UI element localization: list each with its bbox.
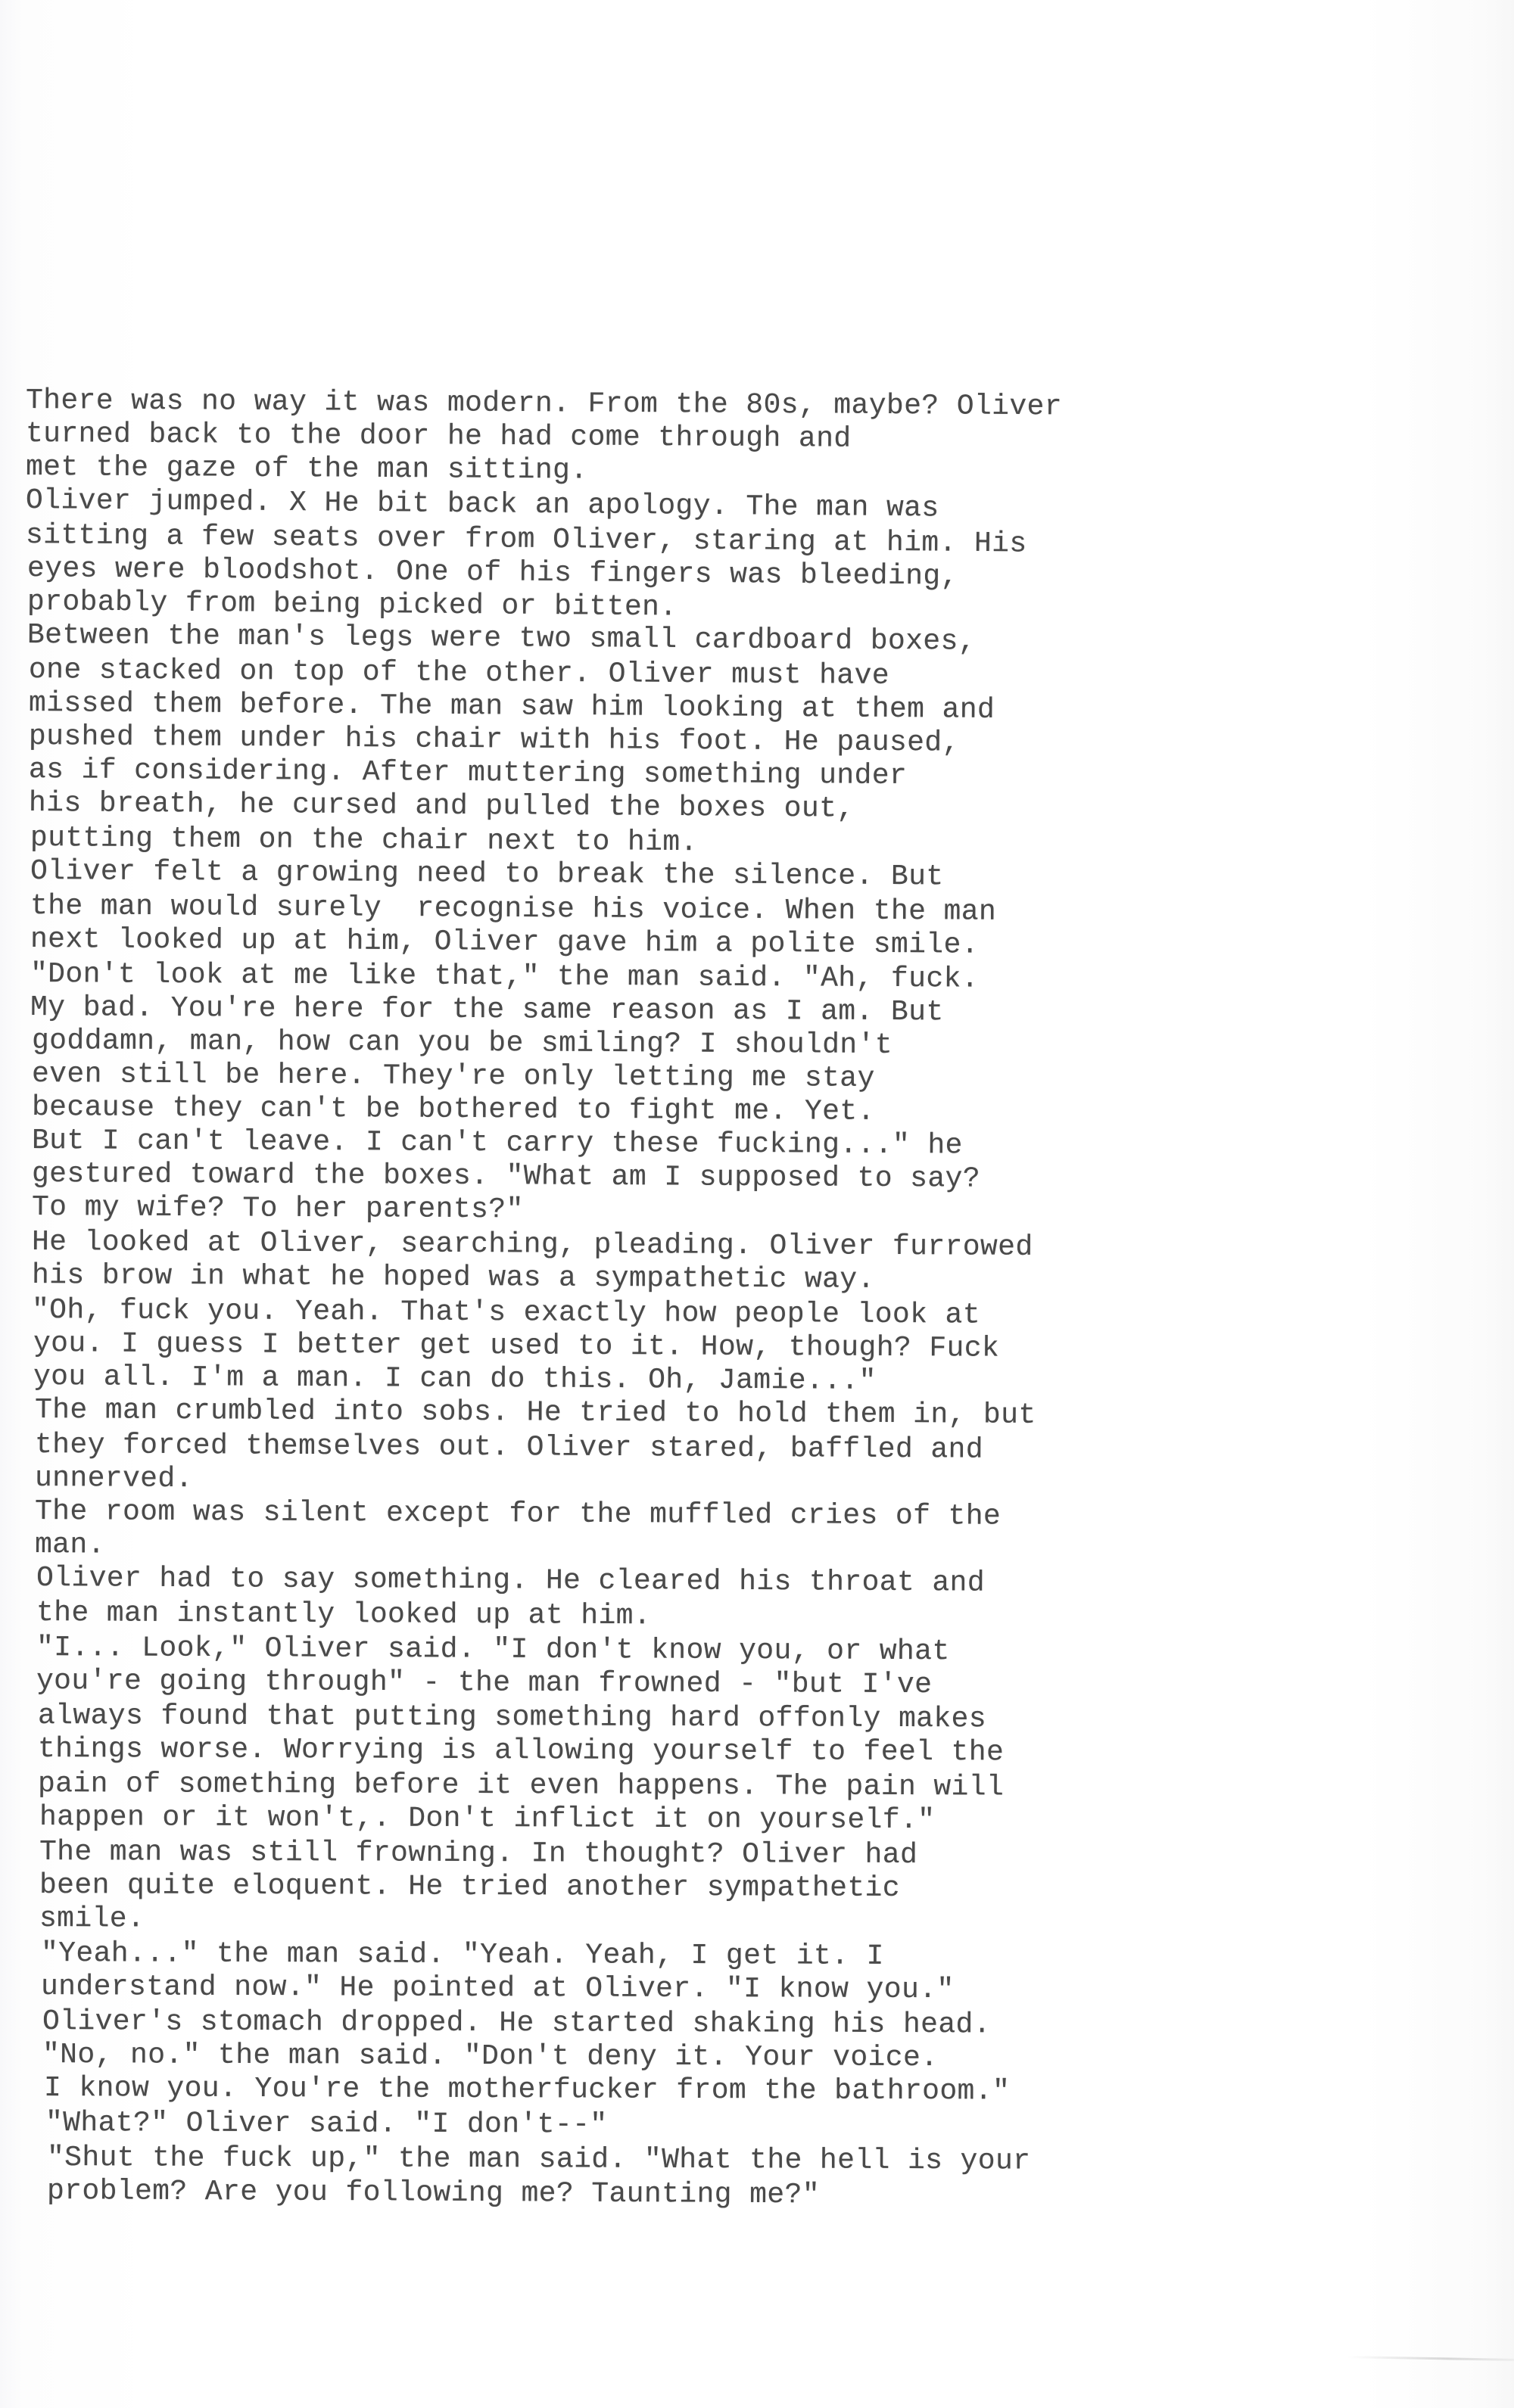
text-line: man. [35, 1529, 105, 1562]
text-line: "Don't look at me like that," the man sa… [30, 958, 979, 997]
text-line: Oliver's stomach dropped. He started sha… [42, 2005, 991, 2042]
text-line: "What?" Oliver said. "I don't--" [45, 2107, 608, 2142]
text-line: putting them on the chair next to him. [30, 822, 698, 860]
text-line: things worse. Worrying is allowing yours… [38, 1733, 1004, 1769]
text-line: you. I guess I better get used to it. Ho… [33, 1327, 999, 1366]
text-line: gestured toward the boxes. "What am I su… [32, 1158, 980, 1196]
text-line: the man would surely recognise his voice… [30, 890, 996, 929]
text-line: The man was still frowning. In thought? … [39, 1836, 917, 1872]
text-line: the man instantly looked up at him. [36, 1597, 651, 1633]
text-line: "No, no." the man said. "Don't deny it. … [42, 2039, 939, 2075]
text-line: understand now." He pointed at Oliver. "… [41, 1971, 955, 2007]
text-line: The man crumbled into sobs. He tried to … [35, 1394, 1036, 1433]
text-line: turned back to the door he had come thro… [26, 418, 852, 456]
text-line: been quite eloquent. He tried another sy… [39, 1869, 900, 1906]
text-line: Oliver felt a growing need to break the … [30, 855, 944, 894]
text-line: you all. I'm a man. I can do this. Oh, J… [33, 1361, 877, 1398]
text-line: goddamn, man, how can you be smiling? I … [32, 1025, 893, 1062]
text-line: Oliver had to say something. He cleared … [36, 1562, 985, 1601]
text-line: "Yeah..." the man said. "Yeah. Yeah, I g… [41, 1937, 884, 1974]
text-line: they forced themselves out. Oliver stare… [35, 1429, 983, 1467]
text-line: next looked up at him, Oliver gave him a… [30, 923, 979, 963]
text-line: pain of something before it even happens… [38, 1768, 1004, 1804]
text-line: smile. [39, 1902, 145, 1936]
text-line: met the gaze of the man sitting. [26, 451, 588, 488]
text-line: one stacked on top of the other. Oliver … [29, 654, 889, 693]
text-line: happen or it won't,. Don't inflict it on… [39, 1801, 936, 1837]
text-line: his breath, he cursed and pulled the box… [29, 787, 855, 826]
text-line: his brow in what he hoped was a sympathe… [32, 1259, 875, 1297]
text-line: "Oh, fuck you. Yeah. That's exactly how … [32, 1294, 980, 1333]
text-line: Oliver jumped. X He bit back an apology.… [26, 484, 939, 526]
text-line: problem? Are you following me? Taunting … [47, 2175, 820, 2212]
text-line: Between the man's legs were two small ca… [27, 619, 976, 659]
text-line: always found that putting something hard… [38, 1700, 986, 1736]
text-line: I know you. You're the motherfucker from… [44, 2072, 1010, 2108]
typewritten-page: There was no way it was modern. From the… [0, 0, 1514, 2408]
text-line: unnerved. [35, 1462, 193, 1496]
text-line: even still be here. They're only letting… [32, 1058, 875, 1096]
text-line: But I can't leave. I can't carry these f… [32, 1125, 963, 1162]
page-edge-shadow [1347, 2356, 1514, 2361]
text-line: He looked at Oliver, searching, pleading… [32, 1226, 1033, 1265]
text-line: My bad. You're here for the same reason … [30, 991, 944, 1029]
text-line: because they can't be bothered to fight … [32, 1091, 875, 1129]
text-line: "I... Look," Oliver said. "I don't know … [36, 1632, 950, 1669]
text-line: "Shut the fuck up," the man said. "What … [47, 2142, 1031, 2179]
text-line: The room was silent except for the muffl… [35, 1495, 1001, 1534]
text-line: To my wife? To her parents?" [32, 1191, 524, 1227]
text-line: probably from being picked or bitten. [27, 586, 678, 624]
text-line: you're going through" - the man frowned … [36, 1665, 933, 1702]
